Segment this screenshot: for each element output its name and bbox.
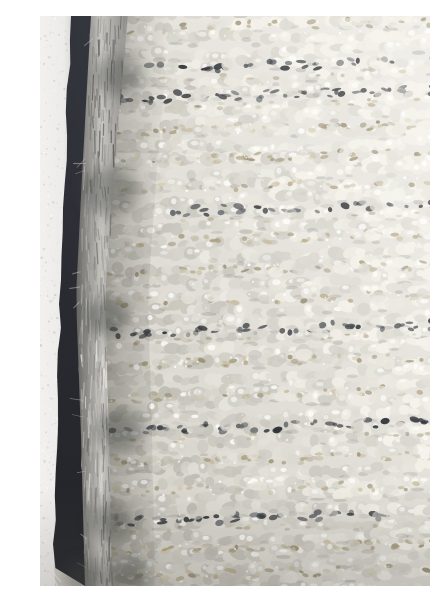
sunlight-overlay-layer [40,16,430,586]
rug-photo: Close-up corner detail of a cream boucle… [40,16,430,586]
rug-photo-canvas [40,16,430,586]
